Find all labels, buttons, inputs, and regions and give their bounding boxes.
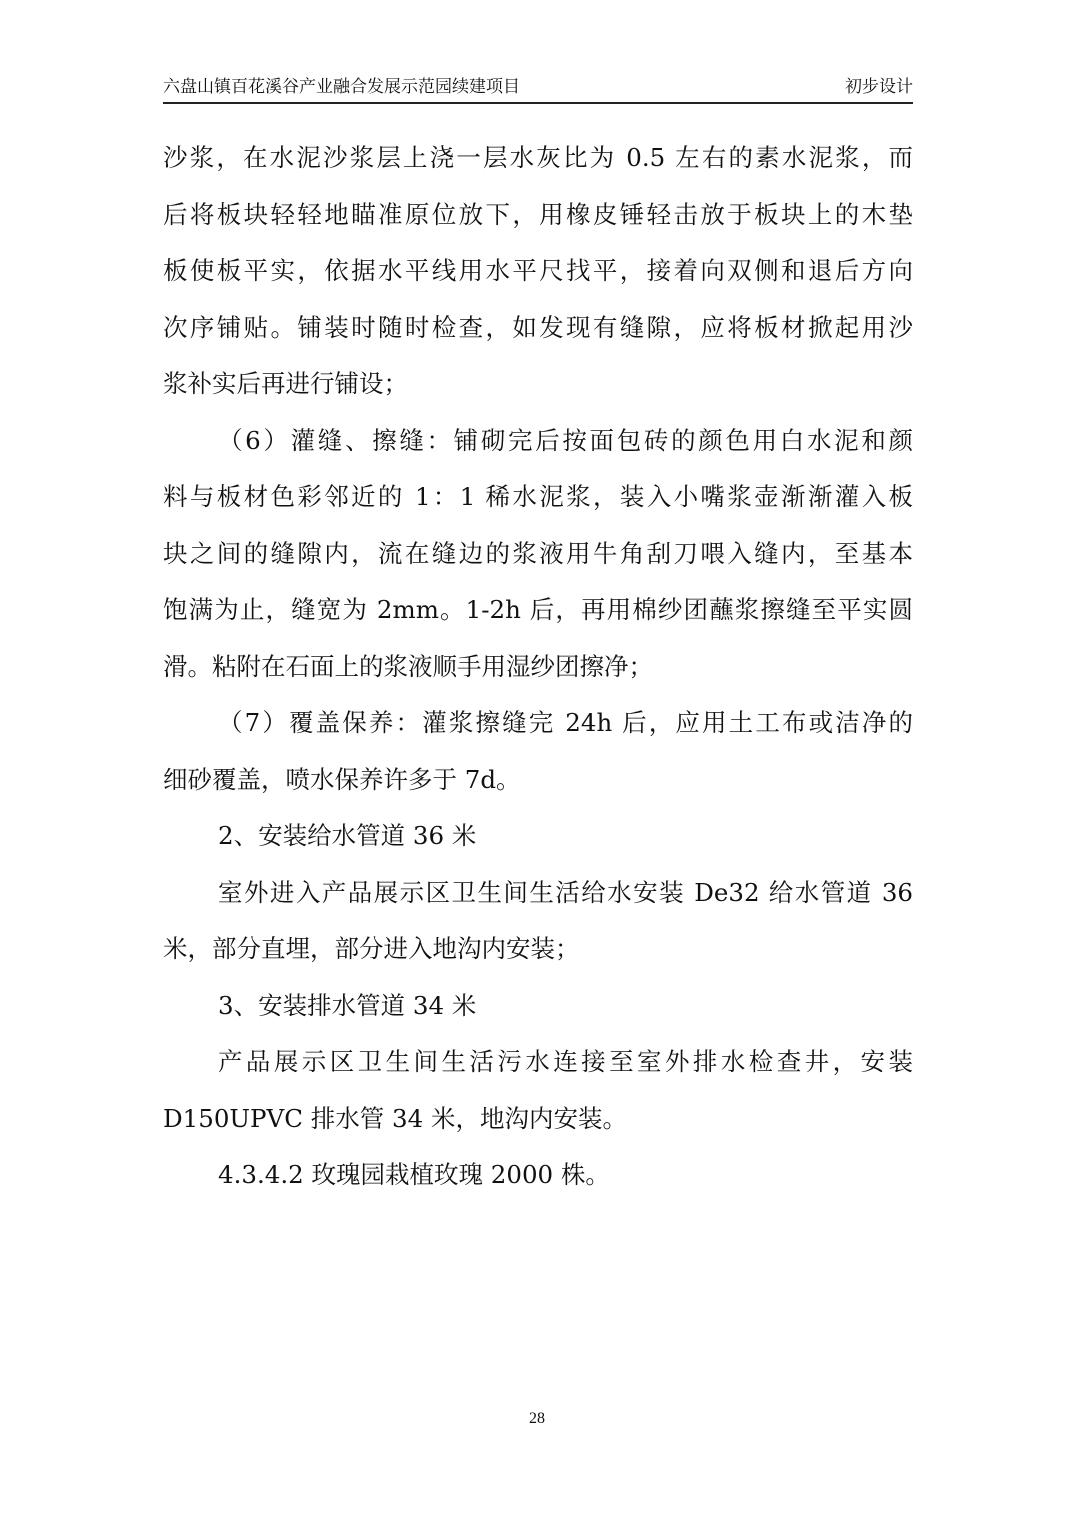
document-body: 沙浆，在水泥沙浆层上浇一层水灰比为 0.5 左右的素水泥浆，而 后将板块轻轻地瞄… <box>163 130 913 1204</box>
section-label: 初步设计 <box>845 74 913 100</box>
paragraph-line: 料与板材色彩邻近的 1：1 稀水泥浆，装入小嘴浆壶渐渐灌入板 <box>163 469 913 526</box>
section-heading: 4.3.4.2 玫瑰园栽植玫瑰 2000 株。 <box>163 1147 913 1204</box>
paragraph-line: 后将板块轻轻地瞄准原位放下，用橡皮锤轻击放于板块上的木垫 <box>163 187 913 244</box>
paragraph-line: 次序铺贴。铺装时随时检查，如发现有缝隙，应将板材掀起用沙 <box>163 300 913 357</box>
paragraph-line: 产品展示区卫生间生活污水连接至室外排水检查井，安装 <box>163 1034 913 1091</box>
paragraph-line: 板使板平实，依据水平线用水平尺找平，接着向双侧和退后方向 <box>163 243 913 300</box>
paragraph-line: 米，部分直埋，部分进入地沟内安装； <box>163 921 913 978</box>
paragraph-line: 饱满为止，缝宽为 2mm。1-2h 后，再用棉纱团蘸浆擦缝至平实圆 <box>163 582 913 639</box>
page-number: 28 <box>0 1410 1074 1428</box>
paragraph-line: （6）灌缝、擦缝：铺砌完后按面包砖的颜色用白水泥和颜 <box>163 413 913 470</box>
paragraph-line: 块之间的缝隙内，流在缝边的浆液用牛角刮刀喂入缝内，至基本 <box>163 526 913 583</box>
paragraph-line: （7）覆盖保养：灌浆擦缝完 24h 后，应用土工布或洁净的 <box>163 695 913 752</box>
paragraph-line: 滑。粘附在石面上的浆液顺手用湿纱团擦净； <box>163 639 913 696</box>
paragraph-line: D150UPVC 排水管 34 米，地沟内安装。 <box>163 1091 913 1148</box>
paragraph-line: 细砂覆盖，喷水保养许多于 7d。 <box>163 752 913 809</box>
paragraph-line: 浆补实后再进行铺设； <box>163 356 913 413</box>
paragraph-line: 沙浆，在水泥沙浆层上浇一层水灰比为 0.5 左右的素水泥浆，而 <box>163 130 913 187</box>
paragraph-line: 室外进入产品展示区卫生间生活给水安装 De32 给水管道 36 <box>163 865 913 922</box>
document-title: 六盘山镇百花溪谷产业融合发展示范园续建项目 <box>163 74 520 100</box>
page-header: 六盘山镇百花溪谷产业融合发展示范园续建项目 初步设计 <box>163 74 913 104</box>
section-heading: 2、安装给水管道 36 米 <box>163 808 913 865</box>
section-heading: 3、安装排水管道 34 米 <box>163 978 913 1035</box>
